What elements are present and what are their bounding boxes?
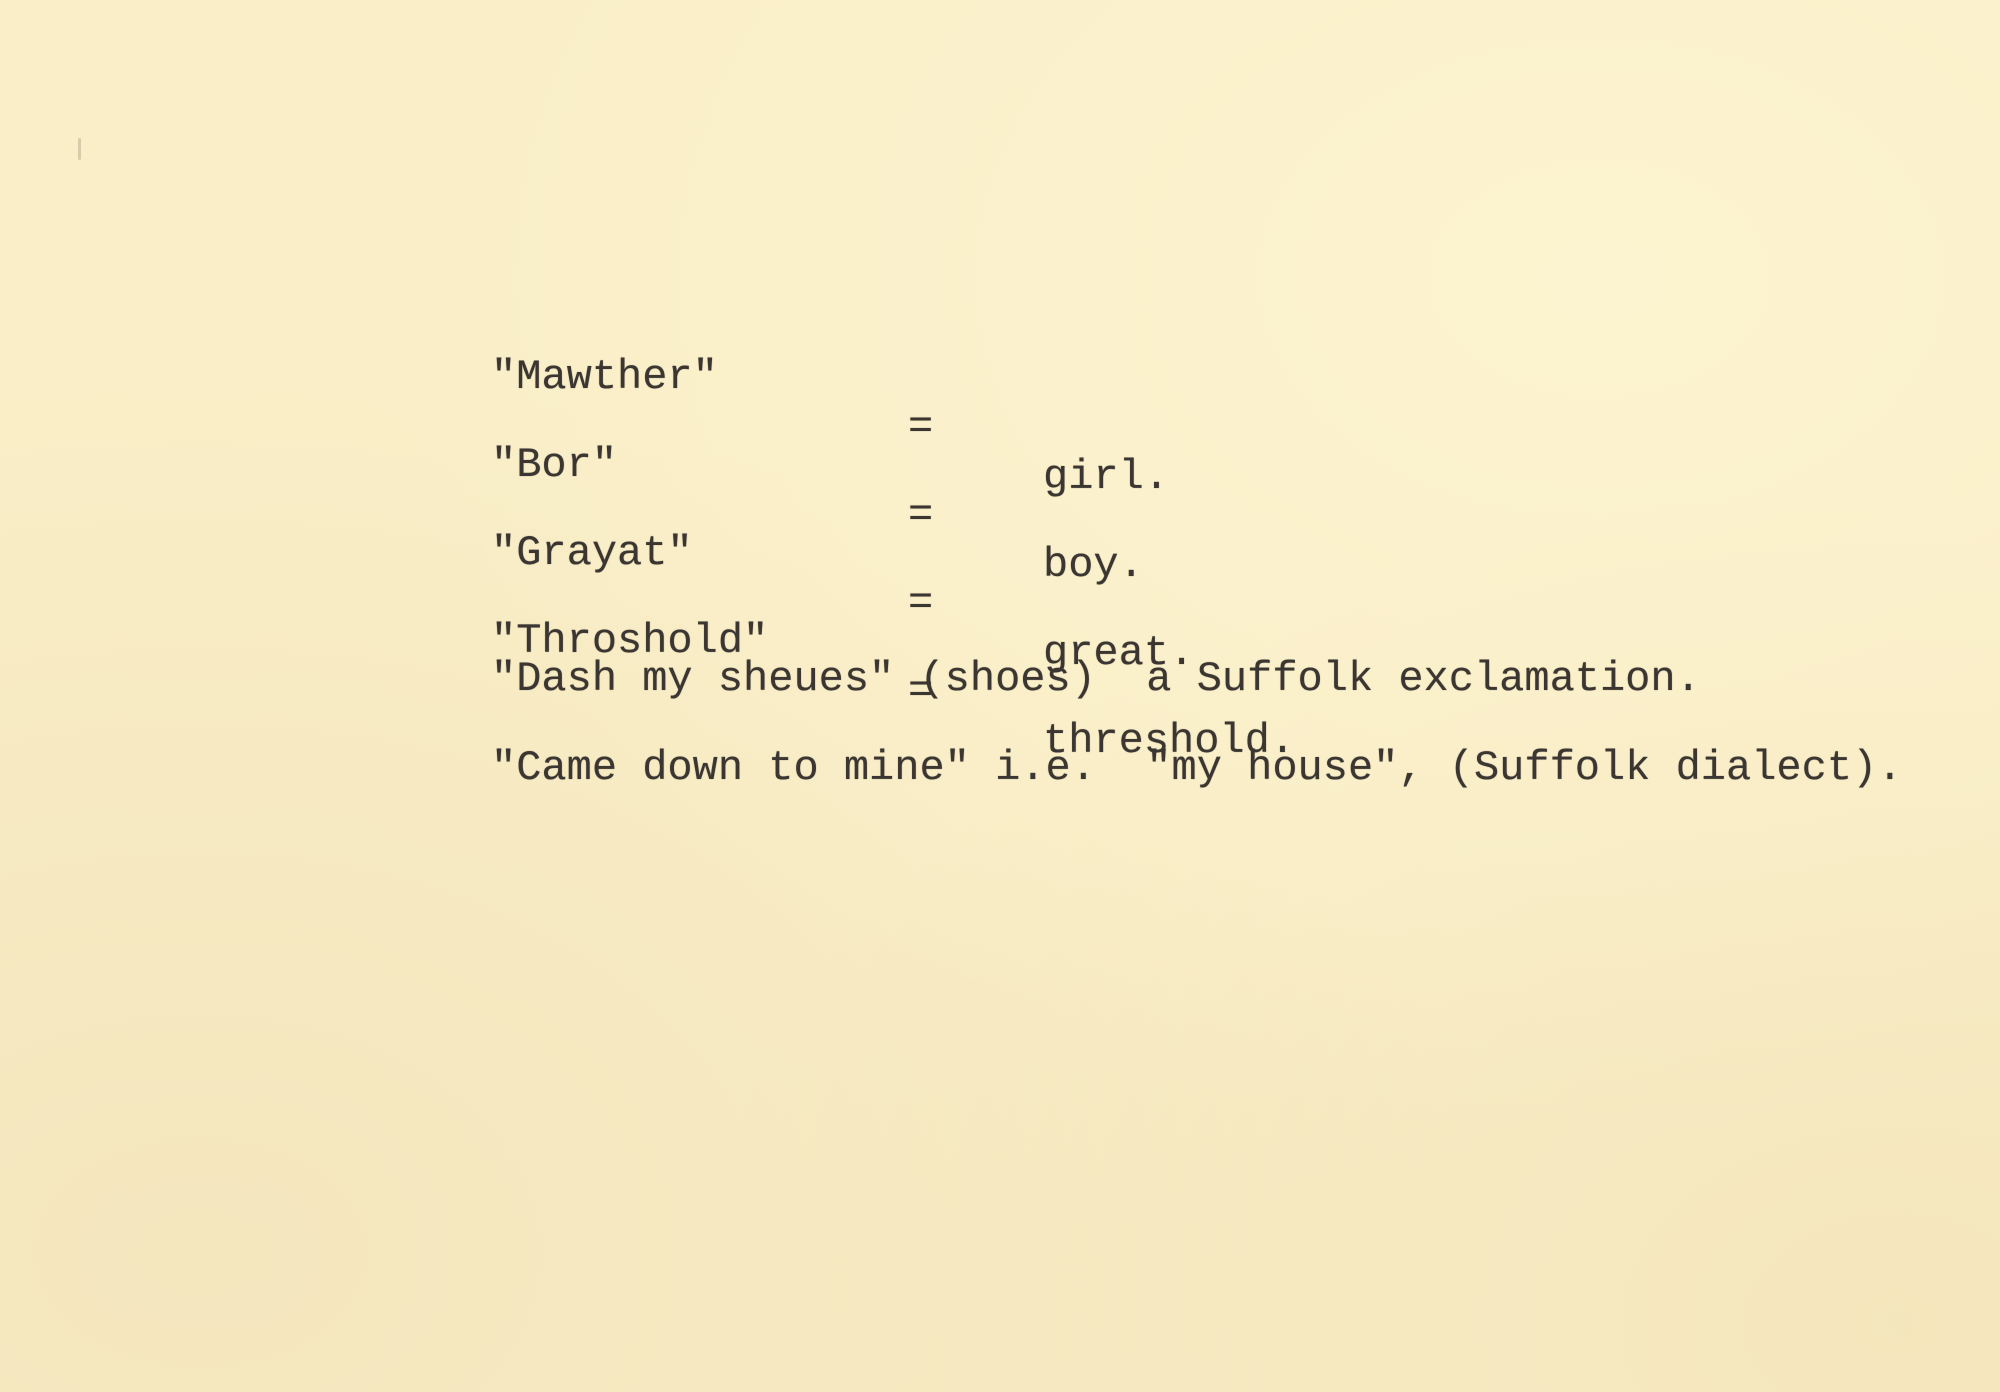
glossary-row: "Mawther" = girl. [0,302,2000,352]
glossary-row: "Throshold" = threshold. [0,566,2000,616]
typed-page: "Mawther" = girl. "Bor" = boy. "Grayat" … [0,0,2000,1392]
glossary-row: "Grayat" = great. [0,478,2000,528]
note-line: "Came down to mine" i.e. "my house", (Su… [491,743,1902,793]
paper-blemish [78,138,81,160]
note-line: "Dash my sheues" (shoes) a Suffolk excla… [491,654,1701,704]
glossary-row: "Bor" = boy. [0,390,2000,440]
